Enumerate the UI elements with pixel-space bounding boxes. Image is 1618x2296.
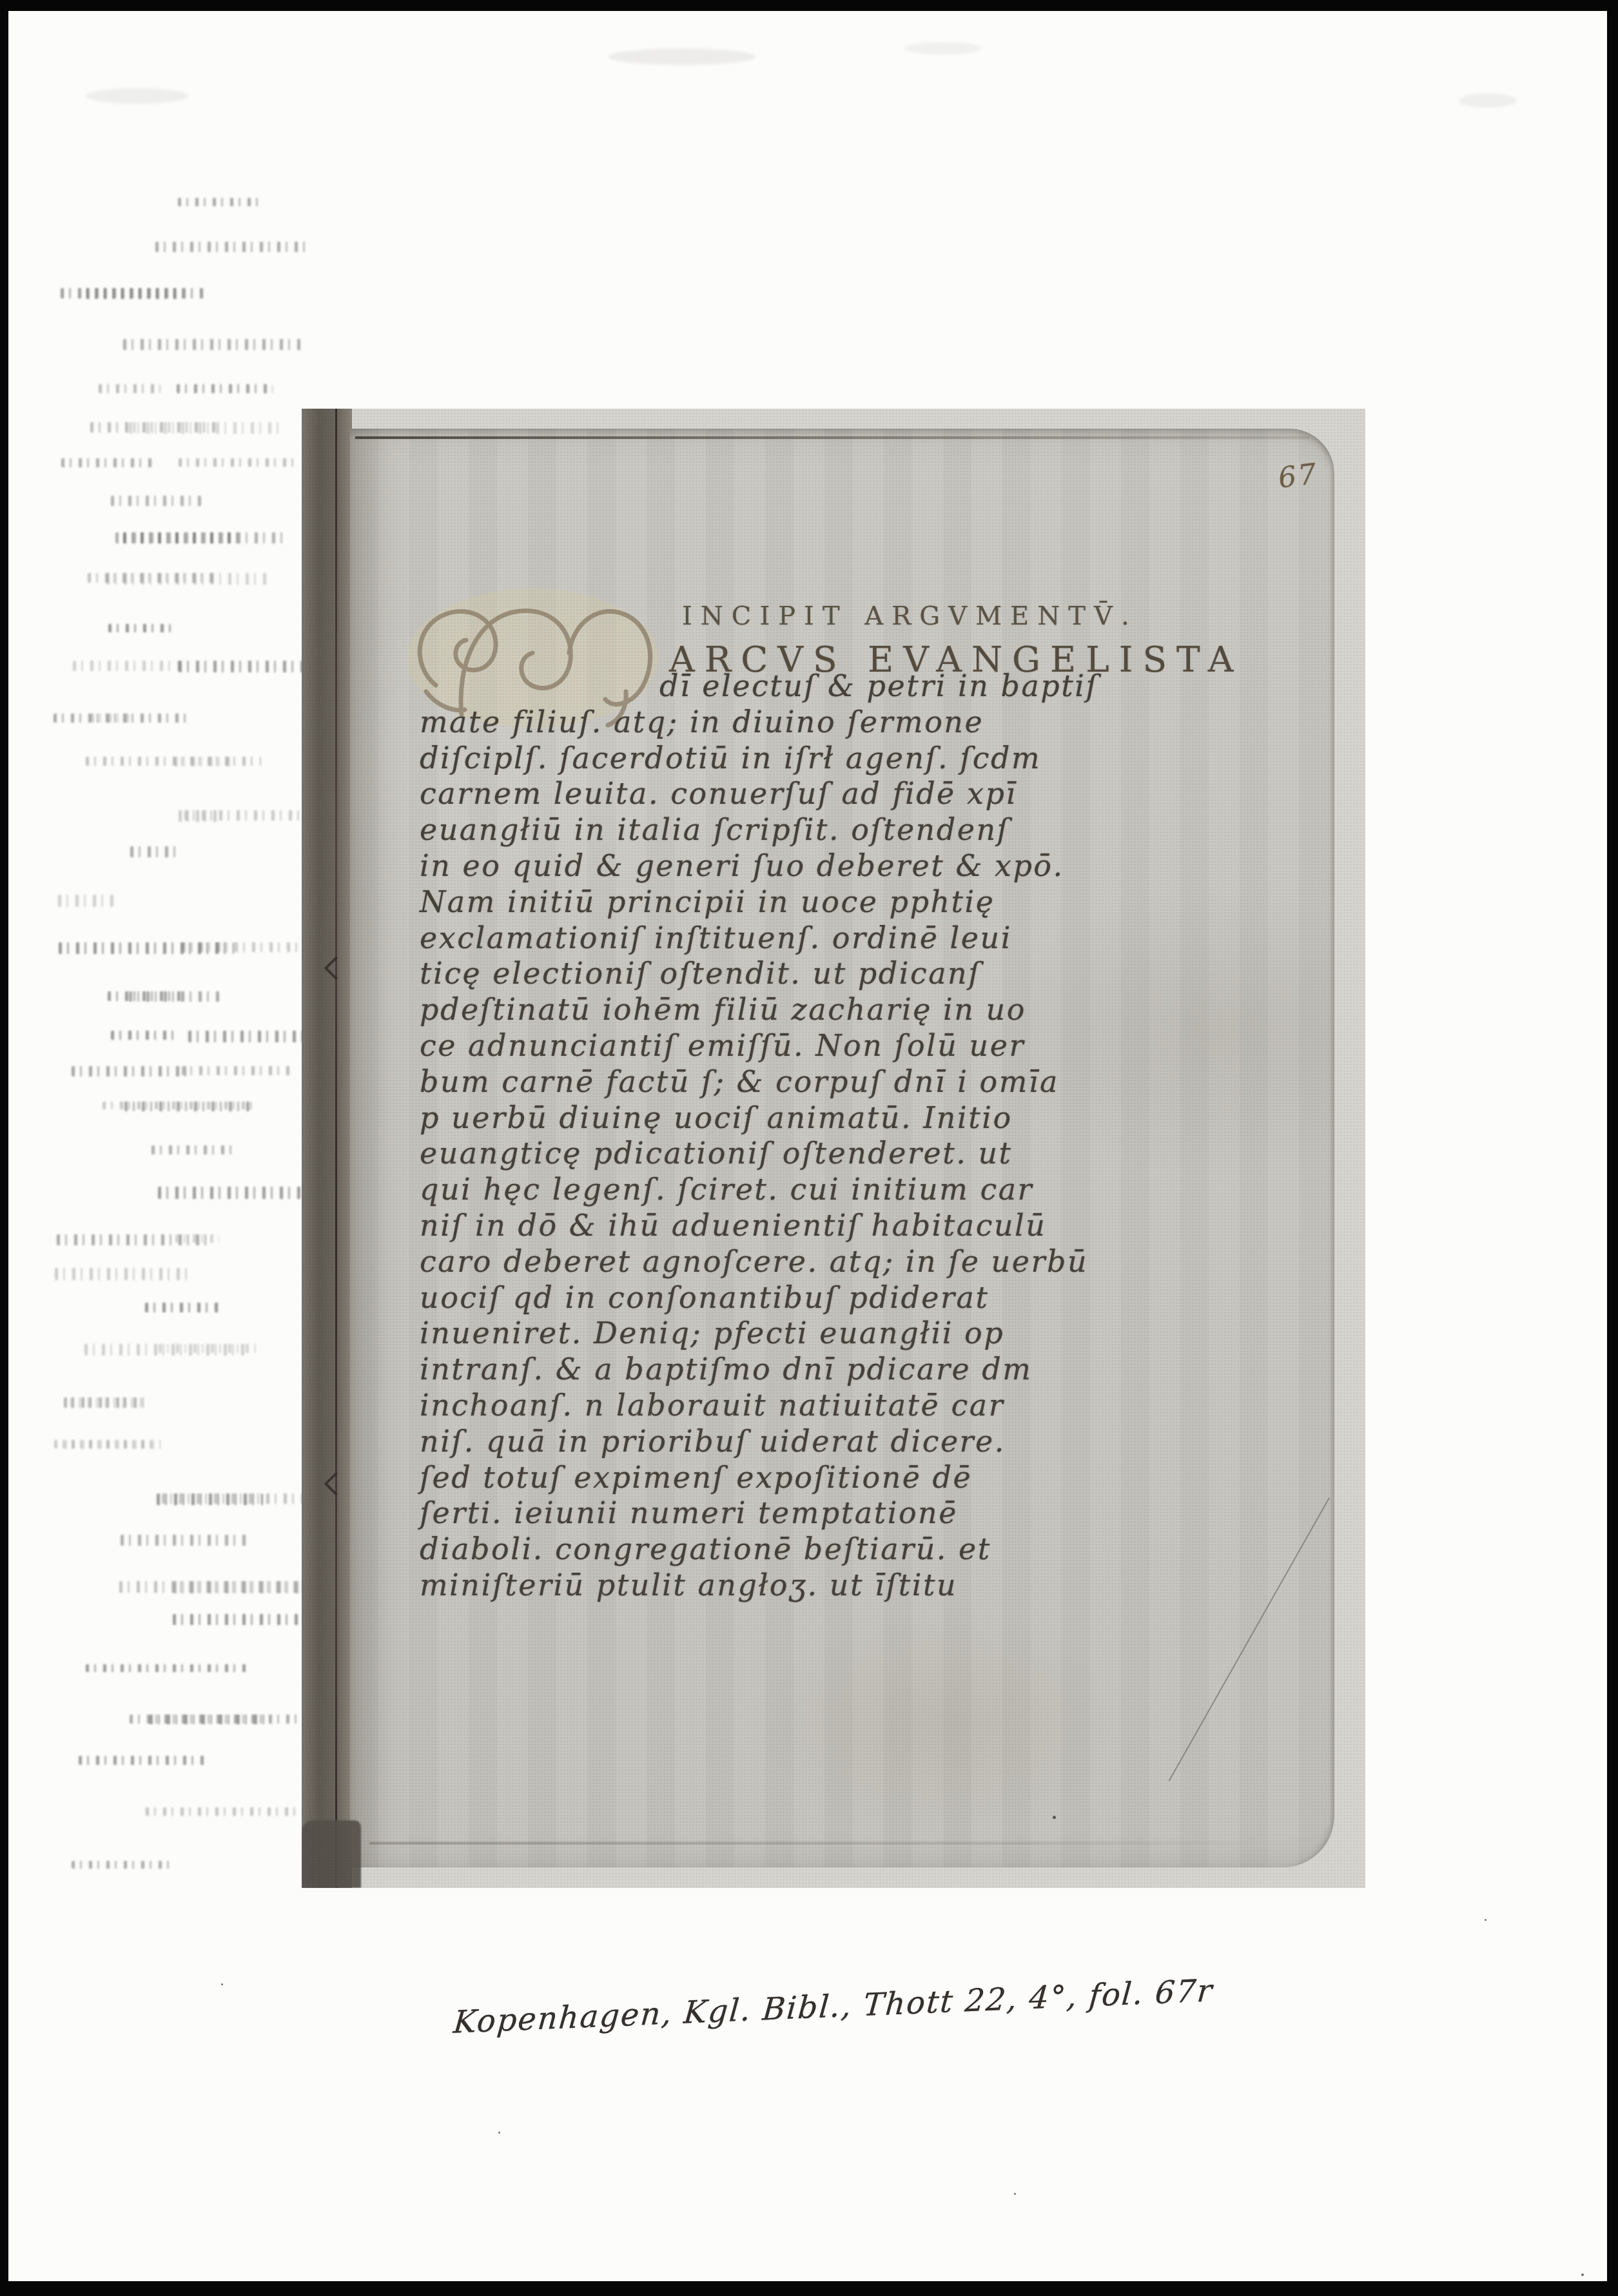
manuscript-line: ticę electioniſ oſtendit. ut pdicanſ bbox=[420, 956, 1090, 992]
dust-speck bbox=[1053, 1816, 1056, 1819]
ghost-text-fragment bbox=[64, 1397, 144, 1408]
ghost-text-fragment bbox=[175, 1234, 220, 1243]
ghost-text-fragment bbox=[121, 1535, 247, 1546]
ghost-text-fragment bbox=[151, 1145, 235, 1154]
dust-speck bbox=[1014, 2193, 1016, 2195]
handwritten-caption: Kopenhagen, Kgl. Bibl., Thott 22, 4°, fo… bbox=[452, 1972, 1214, 2041]
binding-corner-tab bbox=[302, 1820, 361, 1888]
ghost-text-fragment bbox=[182, 1066, 295, 1075]
manuscript-line: ce adnunciantiſ emiſſū. Non ſolū uer bbox=[420, 1028, 1090, 1064]
ghost-text-fragment bbox=[102, 1102, 257, 1109]
ghost-text-fragment bbox=[175, 757, 231, 766]
folio-number: 67 bbox=[1276, 457, 1320, 494]
ghost-text-fragment bbox=[119, 1581, 306, 1593]
manuscript-line: Nam initiū principii in uoce pphtię bbox=[420, 884, 1090, 920]
manuscript-line: diſciplſ. ſacerdotiū in iſrł agenſ. ſcdm bbox=[420, 741, 1090, 777]
parchment-page: 67 INCIPIT ARGVMENTV̄. ARCVS EVANGELISTA… bbox=[350, 429, 1334, 1867]
dust-speck bbox=[498, 2132, 500, 2134]
ghost-text-fragment bbox=[72, 1066, 187, 1076]
ghost-text-fragment bbox=[130, 1715, 304, 1724]
manuscript-line: bum carnē factū ſ; & corpuſ dnī i omīa bbox=[420, 1064, 1090, 1100]
manuscript-line: intranſ. & a baptiſmo dnī pdicare dm bbox=[420, 1352, 1090, 1388]
ghost-text-fragment bbox=[84, 1344, 248, 1356]
manuscript-line: caro deberet agnoſcere. atq; in ſe uerbū bbox=[420, 1244, 1090, 1280]
scan-black-frame: 67 INCIPIT ARGVMENTV̄. ARCVS EVANGELISTA… bbox=[0, 0, 1618, 2296]
ghost-text-fragment bbox=[72, 1861, 171, 1869]
ghost-text-fragment bbox=[58, 895, 113, 906]
manuscript-photo-plate: 67 INCIPIT ARGVMENTV̄. ARCVS EVANGELISTA… bbox=[302, 409, 1365, 1888]
manuscript-line: in eo quid & generi ſuo deberet & xpō. bbox=[420, 848, 1090, 884]
ghost-text-fragment bbox=[111, 1031, 180, 1040]
ghost-text-fragment bbox=[123, 339, 305, 350]
ghost-text-fragment bbox=[86, 1664, 248, 1673]
book-paper-page: 67 INCIPIT ARGVMENTV̄. ARCVS EVANGELISTA… bbox=[8, 11, 1607, 2281]
ghost-text-fragment bbox=[106, 573, 268, 585]
binding-gutter bbox=[302, 409, 352, 1888]
manuscript-line: exclamationiſ inſtituenſ. ordinē leui bbox=[420, 920, 1090, 957]
manuscript-line: p uerbū diuinę uociſ animatū. Initio bbox=[420, 1100, 1090, 1136]
manuscript-line: dī electuſ & petri in baptiſ bbox=[420, 668, 1090, 705]
sewing-thread bbox=[335, 409, 337, 1888]
ghost-text-fragment bbox=[162, 1493, 303, 1504]
paper-smudge bbox=[608, 48, 756, 65]
ghost-text-fragment bbox=[158, 1187, 324, 1198]
ghost-text-fragment bbox=[90, 422, 216, 433]
ghost-text-fragment bbox=[179, 458, 297, 467]
ghost-text-fragment bbox=[61, 458, 157, 467]
dust-speck bbox=[1485, 1919, 1486, 1921]
ghost-text-fragment bbox=[129, 991, 222, 1002]
ghost-text-fragment bbox=[99, 384, 161, 393]
page-bottom-edge bbox=[369, 1842, 1259, 1844]
ghost-text-fragment bbox=[61, 288, 205, 298]
manuscript-text-block: dī electuſ & petri in baptiſmate filiuſ.… bbox=[420, 668, 1090, 1604]
ghost-text-fragment bbox=[178, 198, 261, 206]
ghost-text-fragment bbox=[54, 714, 188, 723]
paper-smudge bbox=[1459, 93, 1517, 108]
dust-speck bbox=[221, 1983, 223, 1985]
manuscript-line: mate filiuſ. atq; in diuino ſermone bbox=[420, 705, 1090, 741]
paper-smudge bbox=[86, 88, 189, 104]
ghost-text-fragment bbox=[55, 1268, 187, 1280]
ghost-text-fragment bbox=[146, 1807, 320, 1816]
ghost-text-fragment bbox=[79, 1756, 208, 1765]
manuscript-line: niſ in dō & ihū aduenientiſ habitaculū bbox=[420, 1208, 1090, 1244]
ghost-text-fragment bbox=[184, 810, 311, 821]
ghost-text-fragment bbox=[73, 661, 182, 671]
stitch-mark bbox=[324, 957, 348, 980]
ghost-text-fragment bbox=[111, 496, 201, 506]
manuscript-line: miniſteriū ptulit angłoʒ. ut īſtitu bbox=[420, 1568, 1090, 1604]
manuscript-line: inueniret. Deniq; pfecti euangłii op bbox=[420, 1316, 1090, 1352]
ghost-text-fragment bbox=[173, 1614, 321, 1625]
manuscript-line: euangłiū in italia ſcripſit. oſtendenſ bbox=[420, 812, 1090, 848]
page-top-edge bbox=[355, 436, 1309, 439]
manuscript-line: niſ. quā in prioribuſ uiderat dicere. bbox=[420, 1424, 1090, 1460]
manuscript-line: uociſ qd in conſonantibuſ pdiderat bbox=[420, 1280, 1090, 1316]
manuscript-line: carnem leuita. conuerſuſ ad fidē xpī bbox=[420, 776, 1090, 812]
ghost-text-fragment bbox=[155, 242, 311, 252]
ghost-text-fragment bbox=[130, 846, 177, 857]
ghost-text-fragment bbox=[54, 1440, 157, 1448]
manuscript-line: euangticę pdicationiſ oſtenderet. ut bbox=[420, 1136, 1090, 1172]
manuscript-line: qui hęc legenſ. ſciret. cui initium car bbox=[420, 1172, 1090, 1208]
manuscript-line: ſerti. ieiunii numeri temptationē bbox=[420, 1495, 1090, 1532]
incipit-heading: INCIPIT ARGVMENTV̄. bbox=[682, 601, 1138, 631]
ghost-text-fragment bbox=[177, 384, 273, 393]
ghost-text-fragment bbox=[123, 532, 240, 543]
stitch-mark bbox=[324, 1472, 348, 1496]
manuscript-line: pdeſtinatū iohēm filiū zacharię in uo bbox=[420, 992, 1090, 1028]
manuscript-line: diaboli. congregationē beſtiarū. et bbox=[420, 1532, 1090, 1568]
manuscript-line: inchoanſ. n laborauit natiuitatē car bbox=[420, 1388, 1090, 1424]
manuscript-line: ſed totuſ expimenſ expoſitionē dē bbox=[420, 1460, 1090, 1496]
paper-smudge bbox=[904, 42, 982, 55]
ghost-text-fragment bbox=[145, 1303, 221, 1312]
ghost-text-fragment bbox=[108, 624, 171, 632]
ghost-text-fragment bbox=[86, 757, 261, 766]
dust-speck bbox=[1581, 2273, 1584, 2276]
